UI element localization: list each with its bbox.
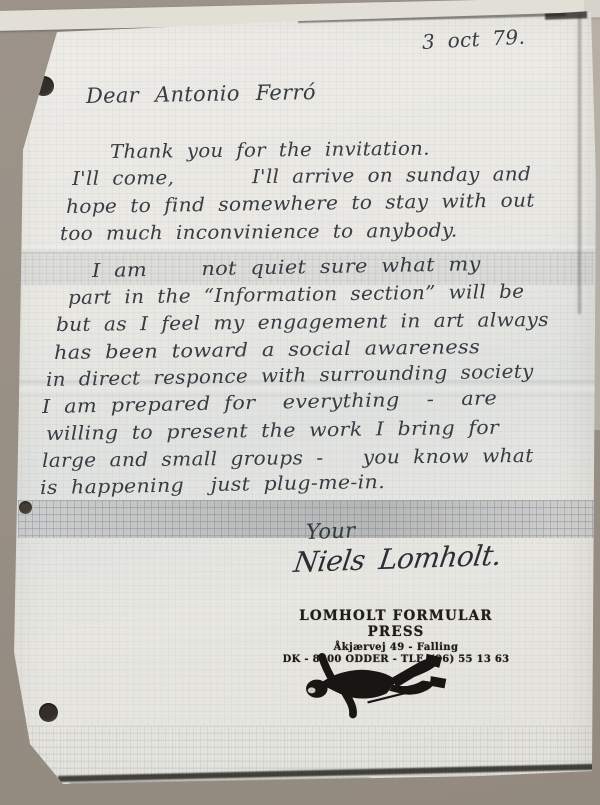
closing: Your	[306, 518, 356, 544]
punch-hole-top	[33, 76, 54, 96]
press-name: LOMHOLT FORMULAR PRESS	[276, 608, 516, 640]
falling-man-icon	[285, 650, 457, 736]
handwritten-line: too much inconvinience to anybody.	[60, 220, 458, 245]
photo-background: 3 oct 79. Dear Antonio Ferró Thank you f…	[0, 0, 600, 805]
salutation: Dear Antonio Ferró	[86, 80, 316, 108]
punch-hole-bottom	[39, 703, 58, 722]
toner-edge-right	[578, 14, 581, 314]
handwritten-line: Thank you for the invitation.	[110, 138, 430, 163]
punch-hole-middle	[19, 501, 32, 514]
letter-paper: 3 oct 79. Dear Antonio Ferró Thank you f…	[0, 0, 600, 805]
fold-crease-upper	[16, 246, 596, 254]
